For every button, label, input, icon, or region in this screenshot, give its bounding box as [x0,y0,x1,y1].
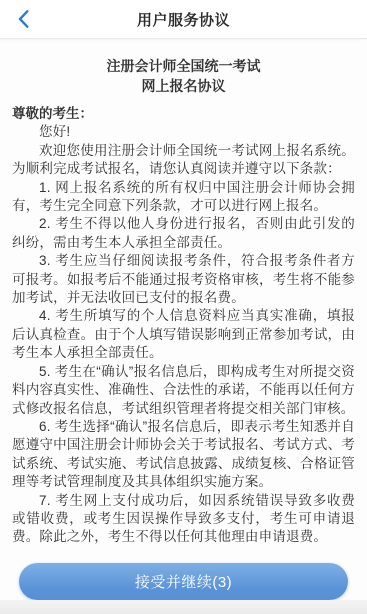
back-button[interactable] [6,0,40,38]
agreement-paragraph: 6. 考生选择“确认”报名信息后，即表示考生知悉并自愿遵守中国注册会计师协会关于… [12,418,355,492]
salutation: 尊敬的考生： [12,105,355,123]
agreement-title: 注册会计师全国统一考试 网上报名协议 [12,56,355,96]
nav-bar: 用户服务协议 [0,0,367,39]
agreement-paragraph: 5. 考生在“确认”报名信息后，即构成考生对所提交资料内容真实性、准确性、合法性… [12,363,355,418]
bottom-strip [0,600,367,614]
agreement-paragraph: 1. 网上报名系统的所有权归中国注册会计师协会拥有，考生完全同意下列条款，才可以… [12,179,355,216]
agreement-paragraph: 您好! [12,123,355,141]
page-title: 用户服务协议 [137,9,230,30]
agreement-title-line2: 网上报名协议 [12,76,355,96]
agreement-paragraph: 3. 考生应当仔细阅读报考条件，符合报考条件者方可报考。如报考后不能通过报考资格… [12,252,355,307]
footer: 接受并继续(3) [0,563,367,614]
agreement-title-line1: 注册会计师全国统一考试 [12,56,355,76]
accept-continue-button[interactable]: 接受并继续(3) [19,563,348,600]
agreement-paragraph: 7. 考生网上支付成功后，如因系统错误导致多收费或错收费，或考生因误操作导致多支… [12,492,355,547]
agreement-paragraph: 欢迎您使用注册会计师全国统一考试网上报名系统。为顺利完成考试报名，请您认真阅读并… [12,142,355,179]
agreement-paragraph: 2. 考生不得以他人身份进行报名，否则由此引发的纠纷，需由考生本人承担全部责任。 [12,215,355,252]
chevron-left-icon [18,10,29,28]
agreement-paragraph: 4. 考生所填写的个人信息资料应当真实准确，填报后认真检查。由于个人填写错误影响… [12,307,355,362]
agreement-screen: 用户服务协议 注册会计师全国统一考试 网上报名协议 尊敬的考生： 您好! 欢迎您… [0,0,367,614]
agreement-content[interactable]: 注册会计师全国统一考试 网上报名协议 尊敬的考生： 您好! 欢迎您使用注册会计师… [0,39,367,563]
